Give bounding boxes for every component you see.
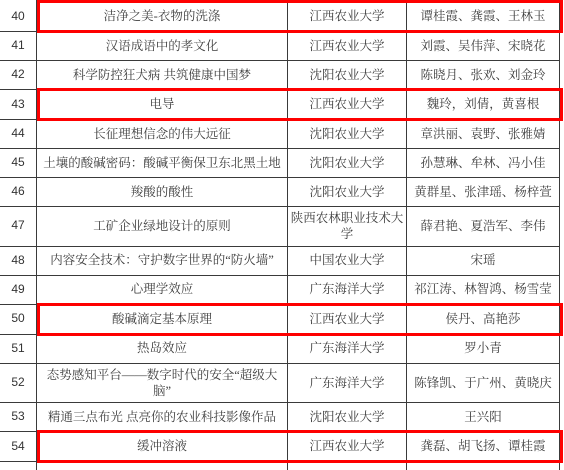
title-cell <box>37 462 288 470</box>
course-title: 态势感知平台——数字时代的安全“超级大脑” <box>37 364 288 403</box>
authors: 龚磊、胡飞扬、谭桂霞 <box>407 432 560 461</box>
course-title: 缓冲溶液 <box>37 432 288 461</box>
row-number: 46 <box>0 178 37 206</box>
course-title: 工矿企业绿地设计的原则 <box>37 207 288 246</box>
course-title: 热岛效应 <box>37 335 288 363</box>
row-number: 40 <box>0 2 37 31</box>
authors: 罗小青 <box>407 335 560 363</box>
course-title: 精通三点布光 点亮你的农业科技影像作品 <box>37 403 288 431</box>
university: 沈阳农业大学 <box>288 120 407 148</box>
row-number: 49 <box>0 276 37 304</box>
table-row: 54 缓冲溶液 江西农业大学 龚磊、胡飞扬、谭桂霞 <box>0 432 560 462</box>
row-number: 50 <box>0 305 37 334</box>
table-row: 53 精通三点布光 点亮你的农业科技影像作品 沈阳农业大学 王兴阳 <box>0 403 560 432</box>
row-number: 43 <box>0 90 37 119</box>
row-number-cell <box>0 462 37 470</box>
course-title: 长征理想信念的伟大远征 <box>37 120 288 148</box>
row-number: 47 <box>0 207 37 246</box>
authors: 陈锋凯、于广州、黄晓庆 <box>407 364 560 403</box>
course-title: 电导 <box>37 90 288 119</box>
course-title: 酸碱滴定基本原理 <box>37 305 288 334</box>
table-row: 42 科学防控狂犬病 共筑健康中国梦 沈阳农业大学 陈晓月、张欢、刘金玲 <box>0 61 560 90</box>
row-number: 54 <box>0 432 37 461</box>
row-number: 41 <box>0 32 37 60</box>
authors: 刘霞、吴伟萍、宋晓花 <box>407 32 560 60</box>
table-row: 49 心理学效应 广东海洋大学 祁江涛、林智鸿、杨雪莹 <box>0 276 560 305</box>
row-number: 42 <box>0 61 37 89</box>
row-number: 52 <box>0 364 37 403</box>
document-page: 40 洁净之美-衣物的洗涤 江西农业大学 谭桂霞、龚霞、王林玉 41 汉语成语中… <box>0 0 564 470</box>
row-number: 44 <box>0 120 37 148</box>
authors: 王兴阳 <box>407 403 560 431</box>
row-number: 51 <box>0 335 37 363</box>
table-row: 47 工矿企业绿地设计的原则 陕西农林职业技术大学 薛君艳、夏浩军、李伟 <box>0 207 560 247</box>
university: 广东海洋大学 <box>288 335 407 363</box>
partial-row-below <box>0 462 560 470</box>
authors-cell <box>407 462 560 470</box>
course-title: 洁净之美-衣物的洗涤 <box>37 2 288 31</box>
table-row: 52 态势感知平台——数字时代的安全“超级大脑” 广东海洋大学 陈锋凯、于广州、… <box>0 364 560 404</box>
university: 沈阳农业大学 <box>288 61 407 89</box>
authors: 陈晓月、张欢、刘金玲 <box>407 61 560 89</box>
university: 沈阳农业大学 <box>288 149 407 177</box>
authors: 孙慧琳、牟林、冯小佳 <box>407 149 560 177</box>
course-title: 羧酸的酸性 <box>37 178 288 206</box>
table-row: 44 长征理想信念的伟大远征 沈阳农业大学 章洪丽、袁野、张雅婧 <box>0 120 560 149</box>
authors: 章洪丽、袁野、张雅婧 <box>407 120 560 148</box>
table-row: 43 电导 江西农业大学 魏玲，刘倩，黄喜根 <box>0 90 560 120</box>
authors: 祁江涛、林智鸿、杨雪莹 <box>407 276 560 304</box>
university: 江西农业大学 <box>288 2 407 31</box>
authors: 侯丹、高艳莎 <box>407 305 560 334</box>
table-row: 48 内容安全技术：守护数字世界的“防火墙” 中国农业大学 宋瑶 <box>0 247 560 276</box>
award-list-table: 40 洁净之美-衣物的洗涤 江西农业大学 谭桂霞、龚霞、王林玉 41 汉语成语中… <box>0 0 560 470</box>
row-number: 45 <box>0 149 37 177</box>
row-number: 48 <box>0 247 37 275</box>
university: 江西农业大学 <box>288 32 407 60</box>
table-row: 41 汉语成语中的孝文化 江西农业大学 刘霞、吴伟萍、宋晓花 <box>0 32 560 61</box>
university: 广东海洋大学 <box>288 364 407 403</box>
university: 广东海洋大学 <box>288 276 407 304</box>
authors: 谭桂霞、龚霞、王林玉 <box>407 2 560 31</box>
authors: 魏玲，刘倩，黄喜根 <box>407 90 560 119</box>
university: 中国农业大学 <box>288 247 407 275</box>
course-title: 汉语成语中的孝文化 <box>37 32 288 60</box>
university: 江西农业大学 <box>288 90 407 119</box>
table-row: 50 酸碱滴定基本原理 江西农业大学 侯丹、高艳莎 <box>0 305 560 335</box>
table-row: 51 热岛效应 广东海洋大学 罗小青 <box>0 335 560 364</box>
authors: 宋瑶 <box>407 247 560 275</box>
university-cell <box>288 462 407 470</box>
university: 沈阳农业大学 <box>288 403 407 431</box>
university: 沈阳农业大学 <box>288 178 407 206</box>
course-title: 内容安全技术：守护数字世界的“防火墙” <box>37 247 288 275</box>
authors: 薛君艳、夏浩军、李伟 <box>407 207 560 246</box>
authors: 黄群星、张津瑶、杨梓萱 <box>407 178 560 206</box>
university: 江西农业大学 <box>288 305 407 334</box>
results-table-body: 40 洁净之美-衣物的洗涤 江西农业大学 谭桂霞、龚霞、王林玉 41 汉语成语中… <box>0 2 560 462</box>
table-row: 45 土壤的酸碱密码：酸碱平衡保卫东北黑土地 沈阳农业大学 孙慧琳、牟林、冯小佳 <box>0 149 560 178</box>
course-title: 土壤的酸碱密码：酸碱平衡保卫东北黑土地 <box>37 149 288 177</box>
row-number: 53 <box>0 403 37 431</box>
table-row: 40 洁净之美-衣物的洗涤 江西农业大学 谭桂霞、龚霞、王林玉 <box>0 2 560 32</box>
university: 陕西农林职业技术大学 <box>288 207 407 246</box>
university: 江西农业大学 <box>288 432 407 461</box>
table-row: 46 羧酸的酸性 沈阳农业大学 黄群星、张津瑶、杨梓萱 <box>0 178 560 207</box>
course-title: 心理学效应 <box>37 276 288 304</box>
course-title: 科学防控狂犬病 共筑健康中国梦 <box>37 61 288 89</box>
